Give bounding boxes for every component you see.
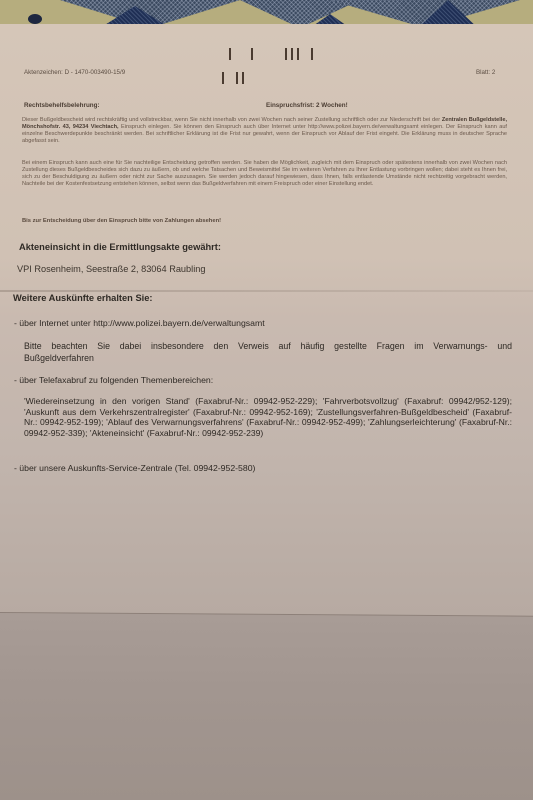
barcode-marks xyxy=(229,48,313,60)
paper-fold-line xyxy=(0,290,533,292)
akteneinsicht-heading: Akteneinsicht in die Ermittlungsakte gew… xyxy=(19,242,221,252)
aktenzeichen: Aktenzeichen: D - 1470-003490-15/9 xyxy=(24,69,125,76)
telefax-topics: 'Wiedereinsetzung in den vorigen Stand' … xyxy=(24,396,512,438)
zahlungen-notice: Bis zur Entscheidung über den Einspruch … xyxy=(22,218,221,224)
akteneinsicht-address: VPI Rosenheim, Seestraße 2, 83064 Raubli… xyxy=(17,264,205,274)
lower-paper-sheet xyxy=(0,612,533,800)
page-number: Blatt: 2 xyxy=(476,69,495,76)
rechtsbehelf-paragraph-1: Dieser Bußgeldbescheid wird rechtskräfti… xyxy=(22,117,507,145)
fabric-dot xyxy=(28,14,42,24)
internet-item: - über Internet unter http://www.polizei… xyxy=(14,318,265,328)
service-item: - über unsere Auskunfts-Service-Zentrale… xyxy=(14,463,255,473)
einspruchsfrist: Einspruchsfrist: 2 Wochen! xyxy=(266,102,348,109)
rechtsbehelf-paragraph-2: Bei einem Einspruch kann auch eine für S… xyxy=(22,160,507,188)
internet-note: Bitte beachten Sie dabei insbesondere de… xyxy=(24,341,512,364)
barcode-marks xyxy=(222,72,244,84)
auskuenfte-heading: Weitere Auskünfte erhalten Sie: xyxy=(13,293,153,303)
rechtsbehelf-heading: Rechtsbehelfsbelehrung: xyxy=(24,102,100,109)
telefax-item: - über Telefaxabruf zu folgenden Themenb… xyxy=(14,375,213,385)
